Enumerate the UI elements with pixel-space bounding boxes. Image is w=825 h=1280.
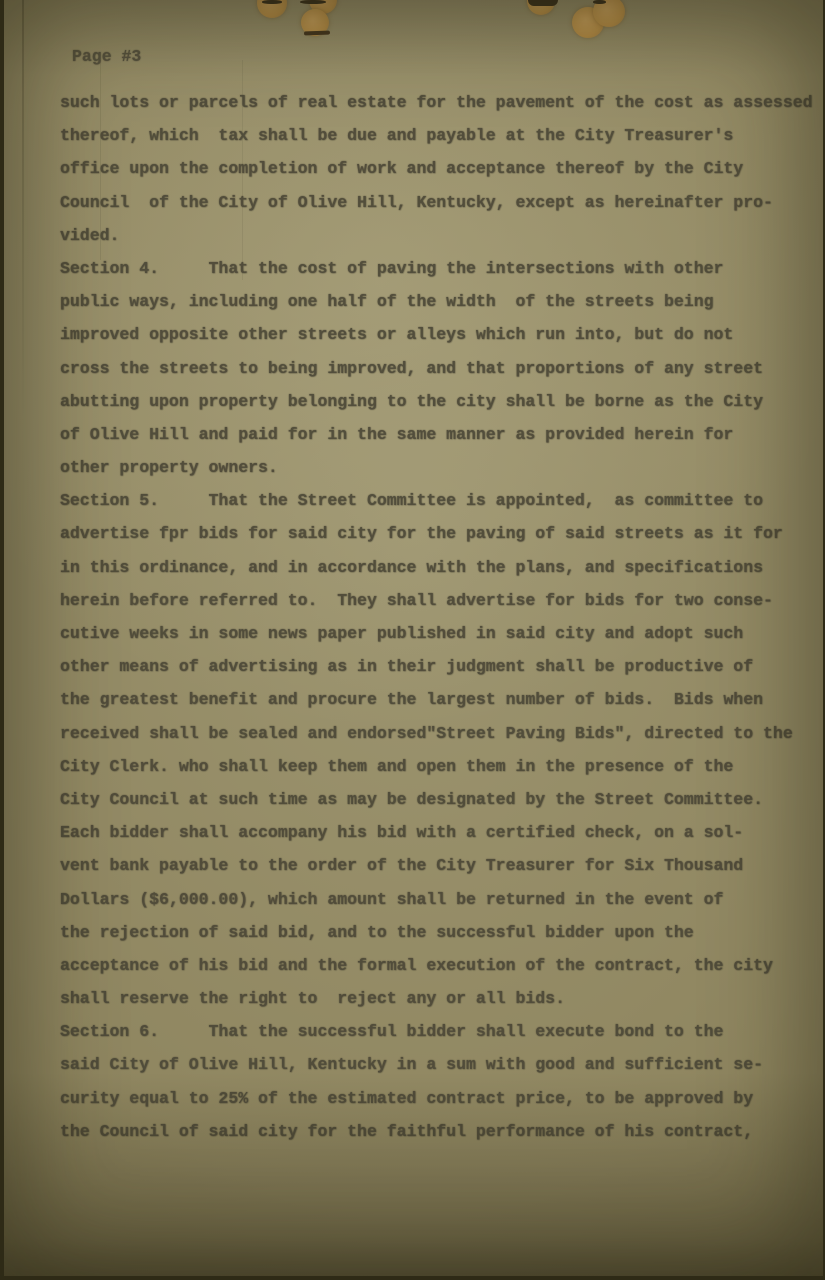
paragraph-intro-continuation: such lots or parcels of real estate for … bbox=[60, 86, 823, 252]
typed-line: the rejection of said bid, and to the su… bbox=[60, 916, 823, 949]
typed-line: of Olive Hill and paid for in the same m… bbox=[60, 418, 823, 451]
typed-line: City Clerk. who shall keep them and open… bbox=[60, 750, 823, 783]
typed-line: curity equal to 25% of the estimated con… bbox=[60, 1082, 823, 1115]
typed-line: cross the streets to being improved, and… bbox=[60, 352, 823, 385]
typed-line: other property owners. bbox=[60, 451, 823, 484]
ink-mark bbox=[304, 31, 330, 36]
typed-line: Council of the City of Olive Hill, Kentu… bbox=[60, 186, 823, 219]
typed-line: advertise fpr bids for said city for the… bbox=[60, 517, 823, 550]
ink-mark bbox=[262, 0, 282, 4]
typed-line: City Council at such time as may be desi… bbox=[60, 783, 823, 816]
typed-line: in this ordinance, and in accordance wit… bbox=[60, 551, 823, 584]
typed-line: received shall be sealed and endorsed"St… bbox=[60, 717, 823, 750]
typed-line: Dollars ($6,000.00), which amount shall … bbox=[60, 883, 823, 916]
paper-page: Page #3 such lots or parcels of real est… bbox=[4, 0, 823, 1276]
typed-line: abutting upon property belonging to the … bbox=[60, 385, 823, 418]
glue-stain bbox=[593, 0, 625, 27]
typed-line: such lots or parcels of real estate for … bbox=[60, 86, 823, 119]
ink-mark bbox=[593, 0, 606, 4]
ink-mark bbox=[528, 0, 558, 6]
typed-line: the greatest benefit and procure the lar… bbox=[60, 683, 823, 716]
typed-line: cutive weeks in some news paper publishe… bbox=[60, 617, 823, 650]
typed-line: vent bank payable to the order of the Ci… bbox=[60, 849, 823, 882]
paragraph-section-6: Section 6. That the successful bidder sh… bbox=[60, 1015, 823, 1148]
typed-line: Section 4. That the cost of paving the i… bbox=[60, 252, 823, 285]
ink-mark bbox=[300, 0, 326, 4]
typed-line: acceptance of his bid and the formal exe… bbox=[60, 949, 823, 982]
typed-line: the Council of said city for the faithfu… bbox=[60, 1115, 823, 1148]
typed-line: said City of Olive Hill, Kentucky in a s… bbox=[60, 1048, 823, 1081]
typed-line: Section 6. That the successful bidder sh… bbox=[60, 1015, 823, 1048]
typed-line: shall reserve the right to reject any or… bbox=[60, 982, 823, 1015]
paragraph-section-5: Section 5. That the Street Committee is … bbox=[60, 484, 823, 1015]
typed-line: vided. bbox=[60, 219, 823, 252]
typed-line: Each bidder shall accompany his bid with… bbox=[60, 816, 823, 849]
typed-line: public ways, including one half of the w… bbox=[60, 285, 823, 318]
page-number-label: Page #3 bbox=[72, 47, 141, 66]
document-body: such lots or parcels of real estate for … bbox=[60, 86, 823, 1148]
typed-line: herein before referred to. They shall ad… bbox=[60, 584, 823, 617]
typed-line: other means of advertising as in their j… bbox=[60, 650, 823, 683]
paper-fold-line bbox=[22, 0, 24, 420]
typed-line: improved opposite other streets or alley… bbox=[60, 318, 823, 351]
typed-line: thereof, which tax shall be due and paya… bbox=[60, 119, 823, 152]
typed-line: office upon the completion of work and a… bbox=[60, 152, 823, 185]
document-photo: Page #3 such lots or parcels of real est… bbox=[0, 0, 825, 1280]
typed-line: Section 5. That the Street Committee is … bbox=[60, 484, 823, 517]
paragraph-section-4: Section 4. That the cost of paving the i… bbox=[60, 252, 823, 484]
